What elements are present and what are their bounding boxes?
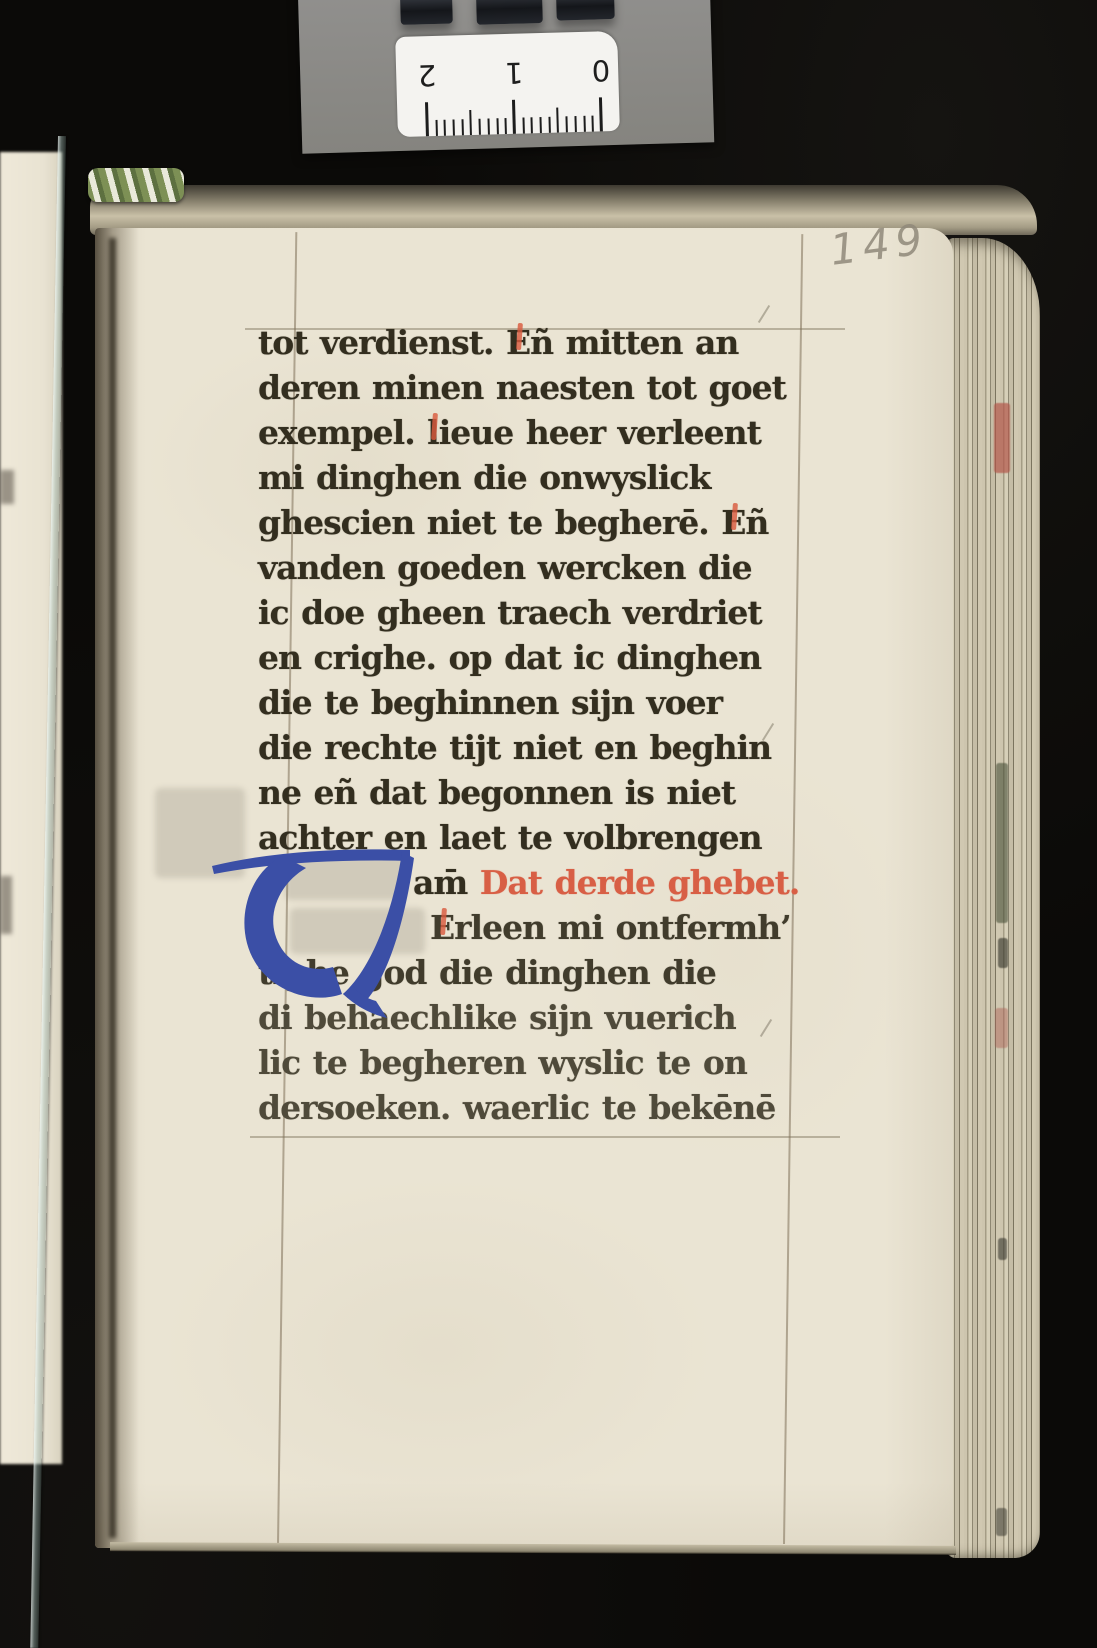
ruler-tick	[574, 116, 576, 132]
text-line: ic doe gheen traech verdriet	[258, 590, 783, 635]
ruler-tick	[461, 119, 463, 135]
ruler-number: 2	[417, 58, 436, 93]
text-segment: exempel.	[258, 413, 427, 452]
ruler-tick	[505, 118, 507, 134]
ruler-tick	[592, 116, 594, 132]
text-line: lic te begheren wyslic te on	[258, 1040, 783, 1085]
initial-v	[212, 834, 430, 1024]
text-segment: ñ mitten an	[530, 323, 738, 362]
text-segment: en crighe. op dat ic dinghen	[258, 638, 761, 677]
text-line: tot verdienst. Eñ mitten an	[258, 320, 783, 365]
fore-edge-illumination-glimpse	[994, 403, 1010, 473]
text-line: am̄ Dat derde ghebet.	[413, 860, 783, 905]
text-segment: l	[427, 410, 439, 455]
text-segment: ghescien niet te begherē.	[258, 503, 721, 542]
text-segment: E	[430, 905, 454, 950]
ruler-numbers: 012	[396, 47, 619, 93]
ruler-label: 012	[395, 31, 620, 137]
ruler-tick	[425, 102, 429, 136]
fore-edge-ink-mark	[998, 938, 1008, 968]
text-segment: mi dinghen die onwyslick	[258, 458, 710, 497]
fore-edge-ink-mark	[998, 1238, 1007, 1260]
photo-canvas: 149 tot verdienst. Eñ mitten anderen min…	[0, 0, 1097, 1648]
text-segment: die rechte tijt niet en beghin	[258, 728, 771, 767]
text-line: mi dinghen die onwyslick	[258, 455, 783, 500]
facing-page-smudge	[0, 470, 14, 504]
facing-page-smudge	[0, 876, 12, 934]
gutter-shadow	[109, 238, 116, 1538]
text-segment: lic te begheren wyslic te on	[258, 1043, 747, 1082]
ruler-tick	[531, 117, 533, 133]
text-line: exempel. lieue heer verleent	[258, 410, 783, 455]
text-line: ne eñ dat begonnen is niet	[258, 770, 783, 815]
ruler-tick	[496, 118, 498, 134]
ruler-tick	[583, 116, 585, 132]
ruler-tick	[487, 118, 489, 134]
text-line: deren minen naesten tot goet	[258, 365, 783, 410]
ruler-tick	[453, 119, 455, 135]
ruler-tick	[522, 118, 524, 134]
ruler-tick	[444, 120, 446, 136]
rubric-text: Dat derde ghebet.	[480, 863, 800, 902]
text-segment: die te beghinnen sijn voer	[258, 683, 722, 722]
text-line: die te beghinnen sijn voer	[258, 680, 783, 725]
text-segment: tot verdienst.	[258, 323, 506, 362]
text-line: die rechte tijt niet en beghin	[258, 725, 783, 770]
fore-edge-ink-mark	[996, 1508, 1007, 1536]
ruler-tick	[599, 97, 603, 131]
ruler-tick	[566, 116, 568, 132]
text-segment: ic doe gheen traech verdriet	[258, 593, 762, 632]
ruler-ticks	[397, 89, 620, 137]
ruler-tick	[548, 117, 550, 133]
text-line: dersoeken. waerlic te bekēnē	[258, 1085, 783, 1130]
folio-number: 149	[827, 214, 930, 275]
ruler-number: 1	[504, 56, 523, 91]
text-segment: E	[506, 320, 530, 365]
manuscript-page: 149 tot verdienst. Eñ mitten anderen min…	[95, 228, 953, 1548]
binder-clip	[476, 0, 543, 25]
endband	[88, 168, 184, 202]
book-gutter	[95, 228, 139, 1548]
text-line: Erleen mi ontfermh’	[430, 905, 783, 950]
ruler-tick	[512, 100, 516, 134]
binder-clip	[400, 0, 453, 25]
text-segment: E	[721, 500, 745, 545]
ruler-tick	[470, 110, 473, 135]
text-segment: ieue heer verleent	[439, 413, 761, 452]
text-segment: vanden goeden wercken die	[258, 548, 752, 587]
text-segment: ne eñ dat begonnen is niet	[258, 773, 735, 812]
fore-edge-illumination-glimpse	[995, 1008, 1008, 1048]
text-segment: dersoeken. waerlic te bekēnē	[258, 1088, 775, 1127]
binder-clip	[556, 0, 615, 21]
text-line: ghescien niet te begherē. Eñ	[258, 500, 783, 545]
text-segment: rleen mi ontfermh’	[454, 908, 791, 947]
text-segment: deren minen naesten tot goet	[258, 368, 786, 407]
ruler-number: 0	[591, 53, 610, 88]
text-segment: ñ	[745, 503, 768, 542]
ruling-line-bottom	[250, 1136, 840, 1138]
ruler-tick	[540, 117, 542, 133]
ruler-tick	[435, 120, 437, 136]
text-line: en crighe. op dat ic dinghen	[258, 635, 783, 680]
ruler-tick	[479, 119, 481, 135]
fore-edge-stack	[946, 238, 1040, 1558]
ruler-tick	[557, 108, 560, 133]
ruler-card: 012	[298, 0, 714, 154]
fore-edge-illumination-glimpse	[996, 763, 1008, 923]
text-line: vanden goeden wercken die	[258, 545, 783, 590]
